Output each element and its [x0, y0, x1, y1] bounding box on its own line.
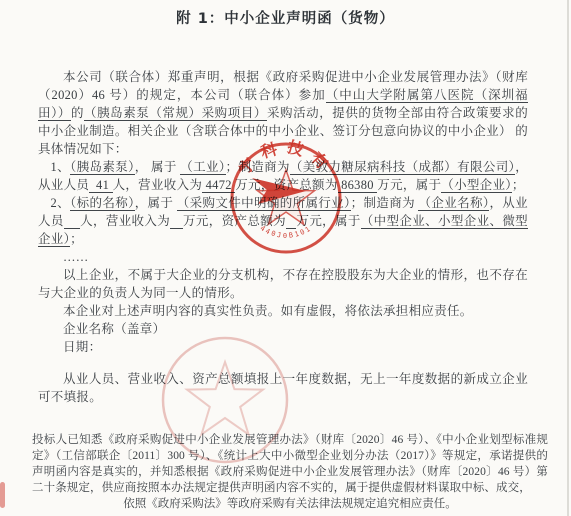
document-body: 本公司（联合体）郑重声明，根据《政府采购促进中小企业发展管理办法》（财库（202… — [38, 68, 528, 406]
company-name-seal-line: 企业名称（盖章） — [38, 320, 528, 338]
item-2-template: 2、（标的名称），属于 （采购文件中明确的所属行业）；制造商为 （企业名称），从… — [38, 194, 528, 248]
footer-legal-paragraph: 投标人已知悉《政府采购促进中小企业发展管理办法》（财库〔2020〕46 号）、《… — [32, 432, 548, 496]
project-name-underline: （胰岛素泵（常规）采购项目） — [84, 106, 267, 121]
item2-manufacturer-underline: （企业名称） — [418, 196, 489, 211]
item2-revenue-blank — [170, 214, 183, 229]
item2-product-underline: （标的名称） — [70, 196, 135, 211]
intro-connector: 的 — [71, 106, 84, 120]
footer-last-line: 依照《政府采购法》等政府采购有关法律法规规定追究相应责任。 — [32, 496, 548, 512]
item1-product-underline: （胰岛素泵） — [70, 160, 135, 175]
item1-size-underline: （小型企业） — [441, 178, 512, 193]
item2-industry-underline: （采购文件中明确的所属行业） — [177, 196, 351, 211]
scan-red-artifact — [0, 482, 5, 508]
item1-industry-underline: （工业） — [180, 160, 225, 175]
note-paragraph: 从业人员、营业收入、资产总额填报上一年度数据，无上一年度数据的新成立企业可不填报… — [38, 370, 528, 406]
item1-employees-value: 41 — [89, 178, 112, 193]
item1-revenue-value: 4472 — [202, 178, 235, 193]
item1-number: 1、 — [51, 160, 70, 174]
truthfulness-paragraph: 本企业对上述声明内容的真实性负责。如有虚假，将依法承担相应责任。 — [38, 302, 528, 320]
item-1-insulin-pump: 1、（胰岛素泵）， 属于 （工业）；制造商为（美敦力糖尿病科技（成都）有限公司）… — [38, 158, 528, 194]
ellipsis-line: …… — [38, 248, 528, 266]
item2-number: 2、 — [51, 196, 70, 210]
item2-assets-blank — [286, 214, 296, 229]
item2-employees-blank — [64, 214, 80, 229]
item1-manufacturer-underline: （美敦力糖尿病科技（成都）有限公司） — [290, 160, 515, 175]
item1-assets-value: 86380 — [338, 178, 378, 193]
no-large-enterprise-paragraph: 以上企业，不属于大企业的分支机构，不存在控股股东为大企业的情形，也不存在与大企业… — [38, 266, 528, 302]
date-line: 日期： — [38, 338, 528, 356]
scanned-declaration-document: 附 1：中小企业声明函（货物） 本公司（联合体）郑重声明，根据《政府采购促进中小… — [0, 0, 571, 516]
scan-edge-line — [567, 0, 569, 516]
document-title: 附 1：中小企业声明函（货物） — [0, 0, 571, 29]
intro-paragraph: 本公司（联合体）郑重声明，根据《政府采购促进中小企业发展管理办法》（财库（202… — [38, 68, 528, 158]
